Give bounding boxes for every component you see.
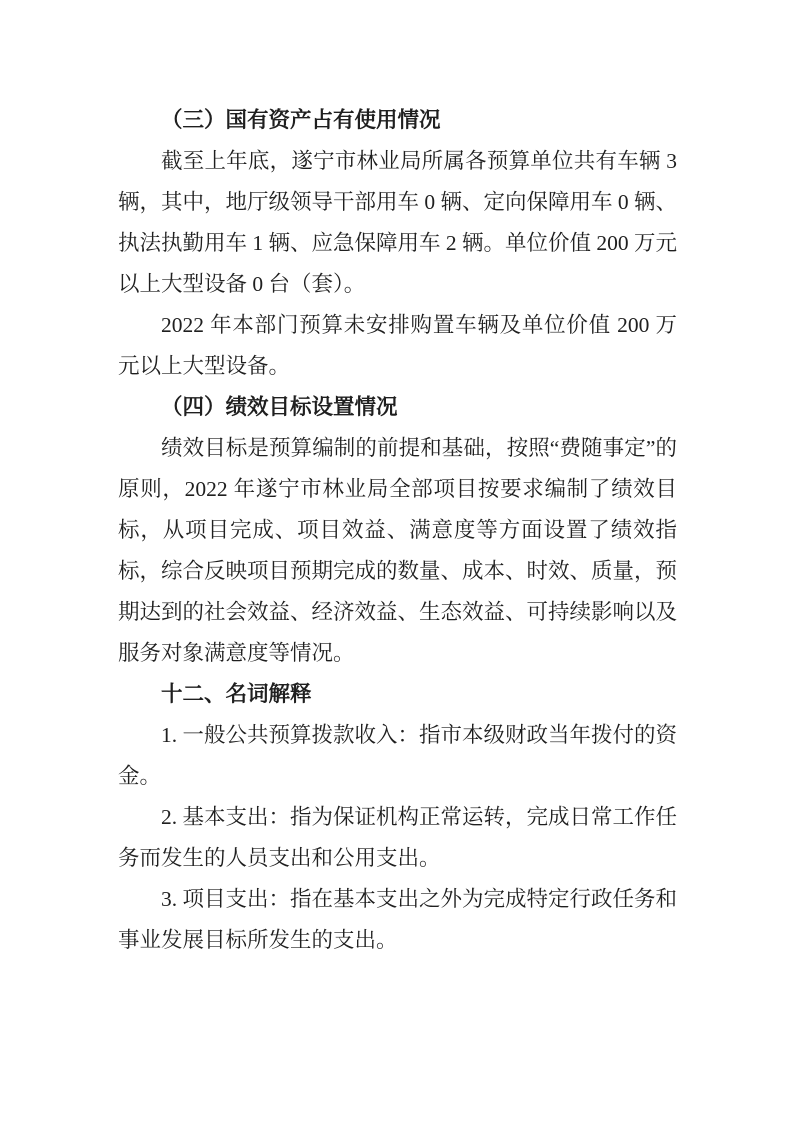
document-page: （三）国有资产占有使用情况 截至上年底，遂宁市林业局所属各预算单位共有车辆 3 … <box>0 0 793 1122</box>
subsection-heading-performance-targets: （四）绩效目标设置情况 <box>118 387 677 428</box>
glossary-item-basic-expenditure: 2. 基本支出：指为保证机构正常运转，完成日常工作任务而发生的人员支出和公用支出… <box>118 797 677 879</box>
glossary-item-project-expenditure: 3. 项目支出：指在基本支出之外为完成特定行政任务和事业发展目标所发生的支出。 <box>118 879 677 961</box>
paragraph-performance-targets: 绩效目标是预算编制的前提和基础，按照“费随事定”的原则，2022 年遂宁市林业局… <box>118 428 677 674</box>
paragraph-vehicle-assets: 截至上年底，遂宁市林业局所属各预算单位共有车辆 3 辆，其中，地厅级领导干部用车… <box>118 141 677 305</box>
glossary-item-general-budget-income: 1. 一般公共预算拨款收入：指市本级财政当年拨付的资金。 <box>118 715 677 797</box>
subsection-heading-state-assets: （三）国有资产占有使用情况 <box>118 100 677 141</box>
section-heading-glossary: 十二、名词解释 <box>118 674 677 715</box>
paragraph-no-purchases-2022: 2022 年本部门预算未安排购置车辆及单位价值 200 万元以上大型设备。 <box>118 305 677 387</box>
